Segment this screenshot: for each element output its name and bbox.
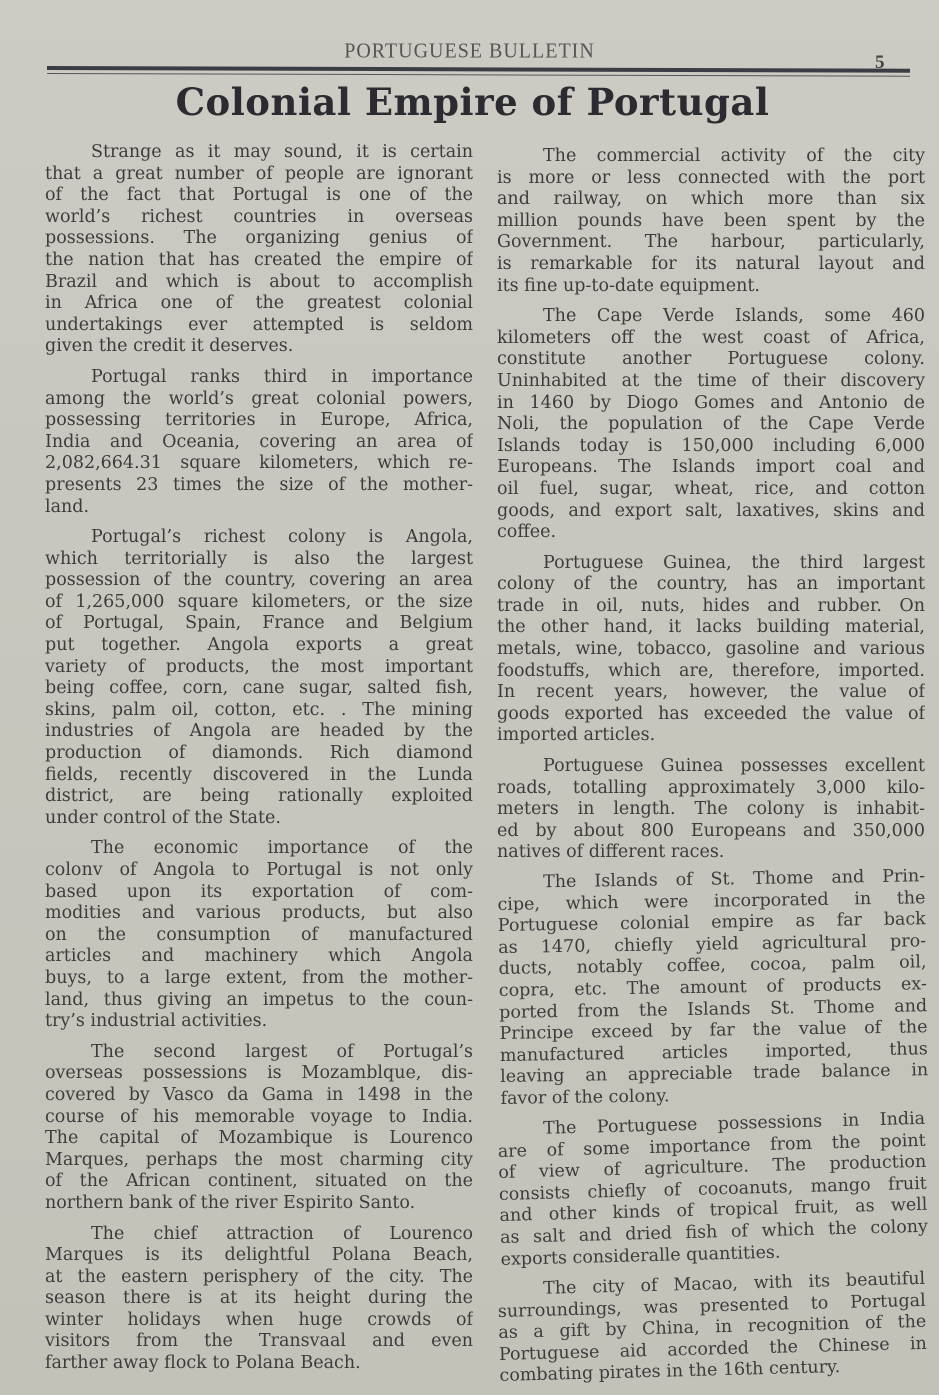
paragraph: The second largest of Portugal’soverseas… (45, 1042, 473, 1215)
paragraph: The economic importance of thecolonv of … (45, 838, 473, 1032)
text-line: skins, palm oil, cotton, etc. . The mini… (45, 700, 473, 722)
text-line: given the credit it deserves. (45, 336, 473, 358)
text-line: Portuguese Guinea, the third largest (497, 553, 925, 575)
text-line: Portugal ranks third in importance (45, 367, 473, 389)
text-line: The Cape Verde Islands, some 460 (497, 306, 925, 328)
paragraph: The Portuguese possessions in Indiaare o… (497, 1108, 929, 1270)
paragraph: Portuguese Guinea, the third largestcolo… (497, 553, 925, 747)
text-line: production of diamonds. Rich diamond (45, 743, 473, 765)
text-line: colonv of Angola to Portugal is not only (45, 860, 473, 882)
text-line: of Portugal, Spain, France and Belgium (45, 613, 473, 635)
article-title: Colonial Empire of Portugal (0, 80, 939, 124)
text-line: meters in length. The colony is inhabit- (497, 799, 925, 821)
paragraph: The chief attraction of LourencoMarques … (45, 1224, 473, 1375)
text-line: farther away flock to Polana Beach. (45, 1353, 473, 1375)
text-line: Portugal’s richest colony is Angola, (45, 527, 473, 549)
text-line: Portuguese Guinea possesses excellent (497, 756, 925, 778)
text-line: trade in oil, nuts, hides and rubber. On (497, 596, 925, 618)
text-line: modities and various products, but also (45, 903, 473, 925)
text-line: land. (45, 497, 473, 519)
text-line: buys, to a large extent, from the mother… (45, 968, 473, 990)
text-line: million pounds have been spent by the (497, 211, 925, 233)
paragraph: Portuguese Guinea possesses excellentroa… (497, 756, 925, 864)
text-line: visitors from the Transvaal and even (45, 1331, 473, 1353)
text-line: course of his memorable voyage to India. (45, 1107, 473, 1129)
text-line: The capital of Mozambique is Lourenco (45, 1128, 473, 1150)
text-line: roads, totalling approximately 3,000 kil… (497, 778, 925, 800)
text-line: Uninhabited at the time of their discove… (497, 371, 925, 393)
paragraph: The Cape Verde Islands, some 460kilomete… (497, 306, 925, 544)
text-line: season there is at its height during the (45, 1288, 473, 1310)
text-line: goods exported has exceeded the value of (497, 704, 925, 726)
text-line: possession of the country, covering an a… (45, 570, 473, 592)
text-line: on the consumption of manufactured (45, 925, 473, 947)
text-line: undertakings ever attempted is seldom (45, 315, 473, 337)
text-line: at the eastern perisphery of the city. T… (45, 1267, 473, 1289)
paragraph: Portugal ranks third in importanceamong … (45, 367, 473, 518)
left-column: Strange as it may sound, it is certainth… (45, 142, 473, 1384)
text-line: The economic importance of the (45, 838, 473, 860)
text-line: possessions. The organizing genius of (45, 228, 473, 250)
text-line: constitute another Portuguese colony. (497, 349, 925, 371)
text-line: colony of the country, has an important (497, 574, 925, 596)
text-line: is remarkable for its natural layout and (497, 254, 925, 276)
text-line: try’s industrial activities. (45, 1011, 473, 1033)
text-line: Europeans. The Islands import coal and (497, 457, 925, 479)
text-line: put together. Angola exports a great (45, 635, 473, 657)
paragraph: Strange as it may sound, it is certainth… (45, 142, 473, 358)
text-line: the other hand, it lacks building materi… (497, 617, 925, 639)
text-line: variety of products, the most important (45, 657, 473, 679)
text-line: ed by about 800 Europeans and 350,000 (497, 821, 925, 843)
text-line: Islands today is 150,000 including 6,000 (497, 436, 925, 458)
text-line: among the world’s great colonial powers, (45, 389, 473, 411)
text-line: 2,082,664.31 square kilometers, which re… (45, 453, 473, 475)
text-line: the nation that has created the empire o… (45, 250, 473, 272)
text-line: under control of the State. (45, 808, 473, 830)
text-line: fields, recently discovered in the Lunda (45, 765, 473, 787)
magazine-page: PORTUGUESE BULLETIN 5 Colonial Empire of… (0, 0, 939, 1395)
text-line: presents 23 times the size of the mother… (45, 475, 473, 497)
text-line: imported articles. (497, 725, 925, 747)
text-line: articles and machinery which Angola (45, 946, 473, 968)
text-line: and railway, on which more than six (497, 189, 925, 211)
text-line: industries of Angola are headed by the (45, 721, 473, 743)
text-line: goods, and export salt, laxatives, skins… (497, 501, 925, 523)
text-line: Government. The harbour, particularly, (497, 232, 925, 254)
text-line: possessing territories in Europe, Africa… (45, 410, 473, 432)
text-line: In recent years, however, the value of (497, 682, 925, 704)
paragraph: The commercial activity of the cityis mo… (497, 146, 925, 297)
text-line: based upon its exportation of com- (45, 882, 473, 904)
text-line: covered by Vasco da Gama in 1498 in the (45, 1085, 473, 1107)
text-line: metals, wine, tobacco, gasoline and vari… (497, 639, 925, 661)
text-line: of the African continent, situated on th… (45, 1171, 473, 1193)
header-rule-thin (47, 73, 910, 77)
text-line: coffee. (497, 522, 925, 544)
text-line: India and Oceania, covering an area of (45, 432, 473, 454)
paragraph: Portugal’s richest colony is Angola,whic… (45, 527, 473, 829)
text-line: natives of different races. (497, 842, 925, 864)
text-line: Brazil and which is about to accomplish (45, 272, 473, 294)
text-line: overseas possessions is Mozamblque, dis- (45, 1063, 473, 1085)
text-line: being coffee, corn, cane sugar, salted f… (45, 678, 473, 700)
text-line: Marques is its delightful Polana Beach, (45, 1245, 473, 1267)
text-line: of the fact that Portugal is one of the (45, 185, 473, 207)
text-line: land, thus giving an impetus to the coun… (45, 990, 473, 1012)
text-line: kilometers off the west coast of Africa, (497, 328, 925, 350)
text-line: oil fuel, sugar, wheat, rice, and cotton (497, 479, 925, 501)
text-line: which territorially is also the largest (45, 549, 473, 571)
text-line: The chief attraction of Lourenco (45, 1224, 473, 1246)
text-line: district, are being rationally exploited (45, 786, 473, 808)
text-line: in Africa one of the greatest colonial (45, 293, 473, 315)
text-line: of 1,265,000 square kilometers, or the s… (45, 592, 473, 614)
paragraph: The Islands of St. Thome and Prin-cipe, … (497, 866, 929, 1110)
running-head: PORTUGUESE BULLETIN (0, 39, 939, 63)
text-line: is more or less connected with the port (497, 168, 925, 190)
text-line: The second largest of Portugal’s (45, 1042, 473, 1064)
text-line: its fine up-to-date equipment. (497, 276, 925, 298)
text-line: foodstuffs, which are, therefore, import… (497, 661, 925, 683)
right-column: The commercial activity of the cityis mo… (497, 146, 925, 1395)
text-line: Noli, the population of the Cape Verde (497, 414, 925, 436)
text-line: in 1460 by Diogo Gomes and Antonio de (497, 393, 925, 415)
text-line: that a great number of people are ignora… (45, 164, 473, 186)
text-line: winter holidays when huge crowds of (45, 1310, 473, 1332)
text-line: northern bank of the river Espirito Sant… (45, 1193, 473, 1215)
text-line: Strange as it may sound, it is certain (45, 142, 473, 164)
text-line: Marques, perhaps the most charming city (45, 1150, 473, 1172)
text-line: world’s richest countries in overseas (45, 207, 473, 229)
header-rule-thick (47, 66, 910, 73)
text-line: The commercial activity of the city (497, 146, 925, 168)
paragraph: The city of Macao, with its beautifulsur… (497, 1268, 928, 1387)
